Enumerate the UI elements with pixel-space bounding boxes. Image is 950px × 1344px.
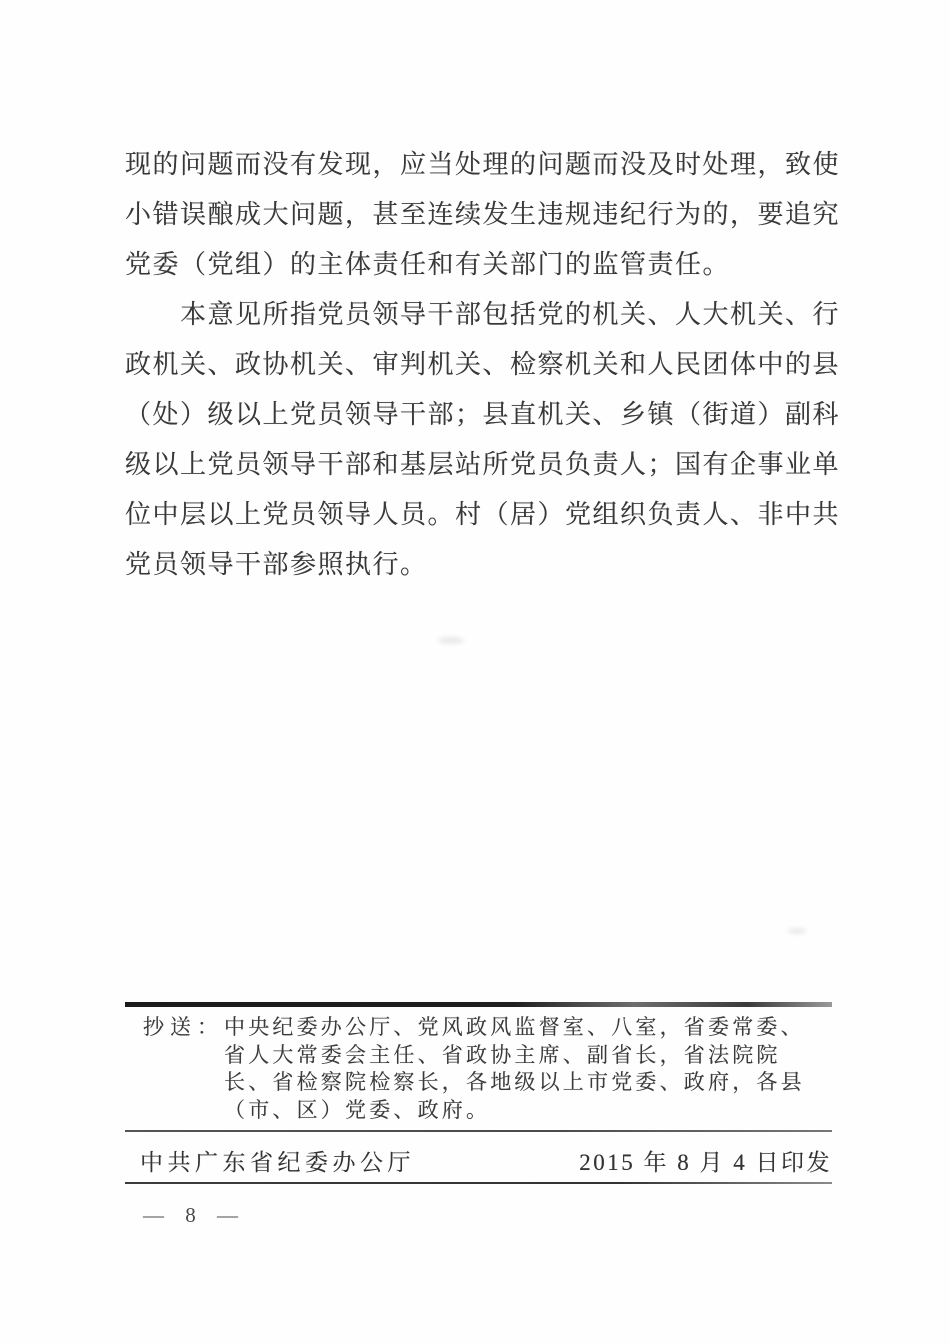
- cc-content: 中央纪委办公厅、党风政风监督室、八室，省委常委、 省人大常委会主任、省政协主席、…: [224, 1014, 835, 1124]
- page-number: — 8 —: [143, 1203, 246, 1228]
- body-line: 位中层以上党员领导人员。村（居）党组织负责人、非中共: [125, 490, 832, 540]
- cc-label: 抄送：: [143, 1014, 224, 1124]
- scan-smudge: [438, 637, 464, 644]
- cc-line: （市、区）党委、政府。: [224, 1097, 835, 1125]
- cc-line: 省人大常委会主任、省政协主席、副省长，省法院院: [224, 1042, 835, 1070]
- divider-thick-rule: [125, 1002, 832, 1007]
- body-line: 党员领导干部参照执行。: [125, 540, 832, 590]
- scan-smudge: [788, 928, 806, 934]
- print-date: 2015 年 8 月 4 日印发: [579, 1144, 832, 1177]
- document-body: 现的问题而没有发现，应当处理的问题而没及时处理，致使 小错误酿成大问题，甚至连续…: [125, 140, 832, 590]
- cc-line: 中央纪委办公厅、党风政风监督室、八室，省委常委、: [224, 1014, 835, 1042]
- body-line: 小错误酿成大问题，甚至连续发生违规违纪行为的，要追究: [125, 190, 832, 240]
- issuer-row: 中共广东省纪委办公厅 2015 年 8 月 4 日印发: [140, 1144, 832, 1177]
- cc-distribution-block: 抄送： 中央纪委办公厅、党风政风监督室、八室，省委常委、 省人大常委会主任、省政…: [143, 1014, 835, 1124]
- document-page: 现的问题而没有发现，应当处理的问题而没及时处理，致使 小错误酿成大问题，甚至连续…: [0, 0, 950, 1344]
- body-line: 级以上党员领导干部和基层站所党员负责人；国有企事业单: [125, 440, 832, 490]
- divider-thin-rule: [125, 1130, 832, 1132]
- body-line: 本意见所指党员领导干部包括党的机关、人大机关、行: [125, 290, 832, 340]
- issuing-office: 中共广东省纪委办公厅: [140, 1144, 415, 1177]
- body-line: 政机关、政协机关、审判机关、检察机关和人民团体中的县: [125, 340, 832, 390]
- body-line: 党委（党组）的主体责任和有关部门的监管责任。: [125, 240, 832, 290]
- cc-line: 长、省检察院检察长，各地级以上市党委、政府，各县: [224, 1069, 835, 1097]
- divider-bottom-rule: [125, 1182, 832, 1184]
- body-line: （处）级以上党员领导干部；县直机关、乡镇（街道）副科: [125, 390, 832, 440]
- paragraph-1: 现的问题而没有发现，应当处理的问题而没及时处理，致使 小错误酿成大问题，甚至连续…: [125, 140, 832, 290]
- body-line: 现的问题而没有发现，应当处理的问题而没及时处理，致使: [125, 140, 832, 190]
- paragraph-2: 本意见所指党员领导干部包括党的机关、人大机关、行 政机关、政协机关、审判机关、检…: [125, 290, 832, 590]
